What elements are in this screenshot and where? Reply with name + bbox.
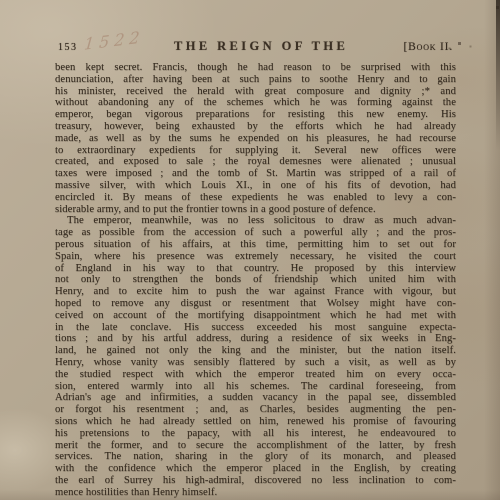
text-line: treasury, however, being exhausted by th…	[55, 121, 456, 133]
text-line: Henry, whose vanity was sensibly flatter…	[55, 357, 456, 369]
text-line: taxes were imposed ; and the tomb of St.…	[55, 168, 456, 180]
text-line: been kept secret. Francis, though he had…	[55, 62, 456, 74]
text-line: Adrian's age and infirmities, a sudden v…	[55, 392, 456, 404]
page-edge-shade-right	[484, 0, 500, 500]
text-line: in the late conclave. His success exceed…	[55, 322, 456, 334]
text-line: his pretensions to the papacy, with all …	[55, 428, 456, 440]
text-line: siderable army, and to put the frontier …	[55, 204, 456, 216]
body-text: been kept secret. Francis, though he had…	[55, 62, 456, 498]
text-line: hoped to remove any disgust or resentmen…	[55, 298, 456, 310]
text-line: emperor, began vigorous preparations for…	[55, 109, 456, 121]
text-line: sion, entered warmly into all his scheme…	[55, 381, 456, 393]
text-line: the earl of Surrey his high-admiral, dis…	[55, 475, 456, 487]
text-line: land, he gained not only the king and th…	[55, 345, 456, 357]
text-line: merit the former, and to secure the acco…	[55, 440, 456, 452]
text-line: created, and exposed to sale ; the royal…	[55, 156, 456, 168]
page-number: 153	[58, 42, 78, 53]
text-line: Spain, where his presence was extremely …	[55, 251, 456, 263]
page-edge-shadow-top-right	[496, 0, 500, 150]
text-line: encircled it. By means of these expedien…	[55, 192, 456, 204]
text-line: Henry, and to excite him to push the war…	[55, 286, 456, 298]
text-line: ceived on account of the mortifying disa…	[55, 310, 456, 322]
text-line: the studied respect with which the emper…	[55, 369, 456, 381]
book-section-label: [Book II.	[404, 41, 453, 53]
text-line: his minister, received the herald with g…	[55, 86, 456, 98]
text-line: perous situation of his affairs, at this…	[55, 239, 456, 251]
text-line: services. The nation, sharing in the glo…	[55, 451, 456, 463]
text-line: mence hostilities than Henry himself.	[55, 487, 456, 499]
text-line: with the confidence which the emperor pl…	[55, 463, 456, 475]
text-line: to extraordinary expedients for supplyin…	[55, 145, 456, 157]
handwritten-year-annotation: 1522	[83, 27, 145, 54]
text-line: sions which he had already settled on hi…	[55, 416, 456, 428]
paper-specks	[0, 0, 1, 1]
text-line: without abandoning any of the schemes wh…	[55, 97, 456, 109]
text-line: massive silver, with which Louis XI., in…	[55, 180, 456, 192]
text-line: or forgot his resentment ; and, as Charl…	[55, 404, 456, 416]
text-line: tions ; and by his artful address, durin…	[55, 333, 456, 345]
text-line: made, as well as by the sums he expended…	[55, 133, 456, 145]
text-line: tage as possible from the accession of s…	[55, 227, 456, 239]
text-line: The emperor, meanwhile, was no less soli…	[55, 215, 456, 227]
page-header: 153 1522 THE REIGN OF THE [Book II.	[0, 39, 500, 55]
scanned-book-page: 153 1522 THE REIGN OF THE [Book II. been…	[0, 0, 500, 500]
text-line: not only to strengthen the bonds of frie…	[55, 274, 456, 286]
running-title: THE REIGN OF THE	[174, 39, 348, 54]
text-line: denunciation, after having been at such …	[55, 74, 456, 86]
text-line: of England in his way to that country. H…	[55, 263, 456, 275]
